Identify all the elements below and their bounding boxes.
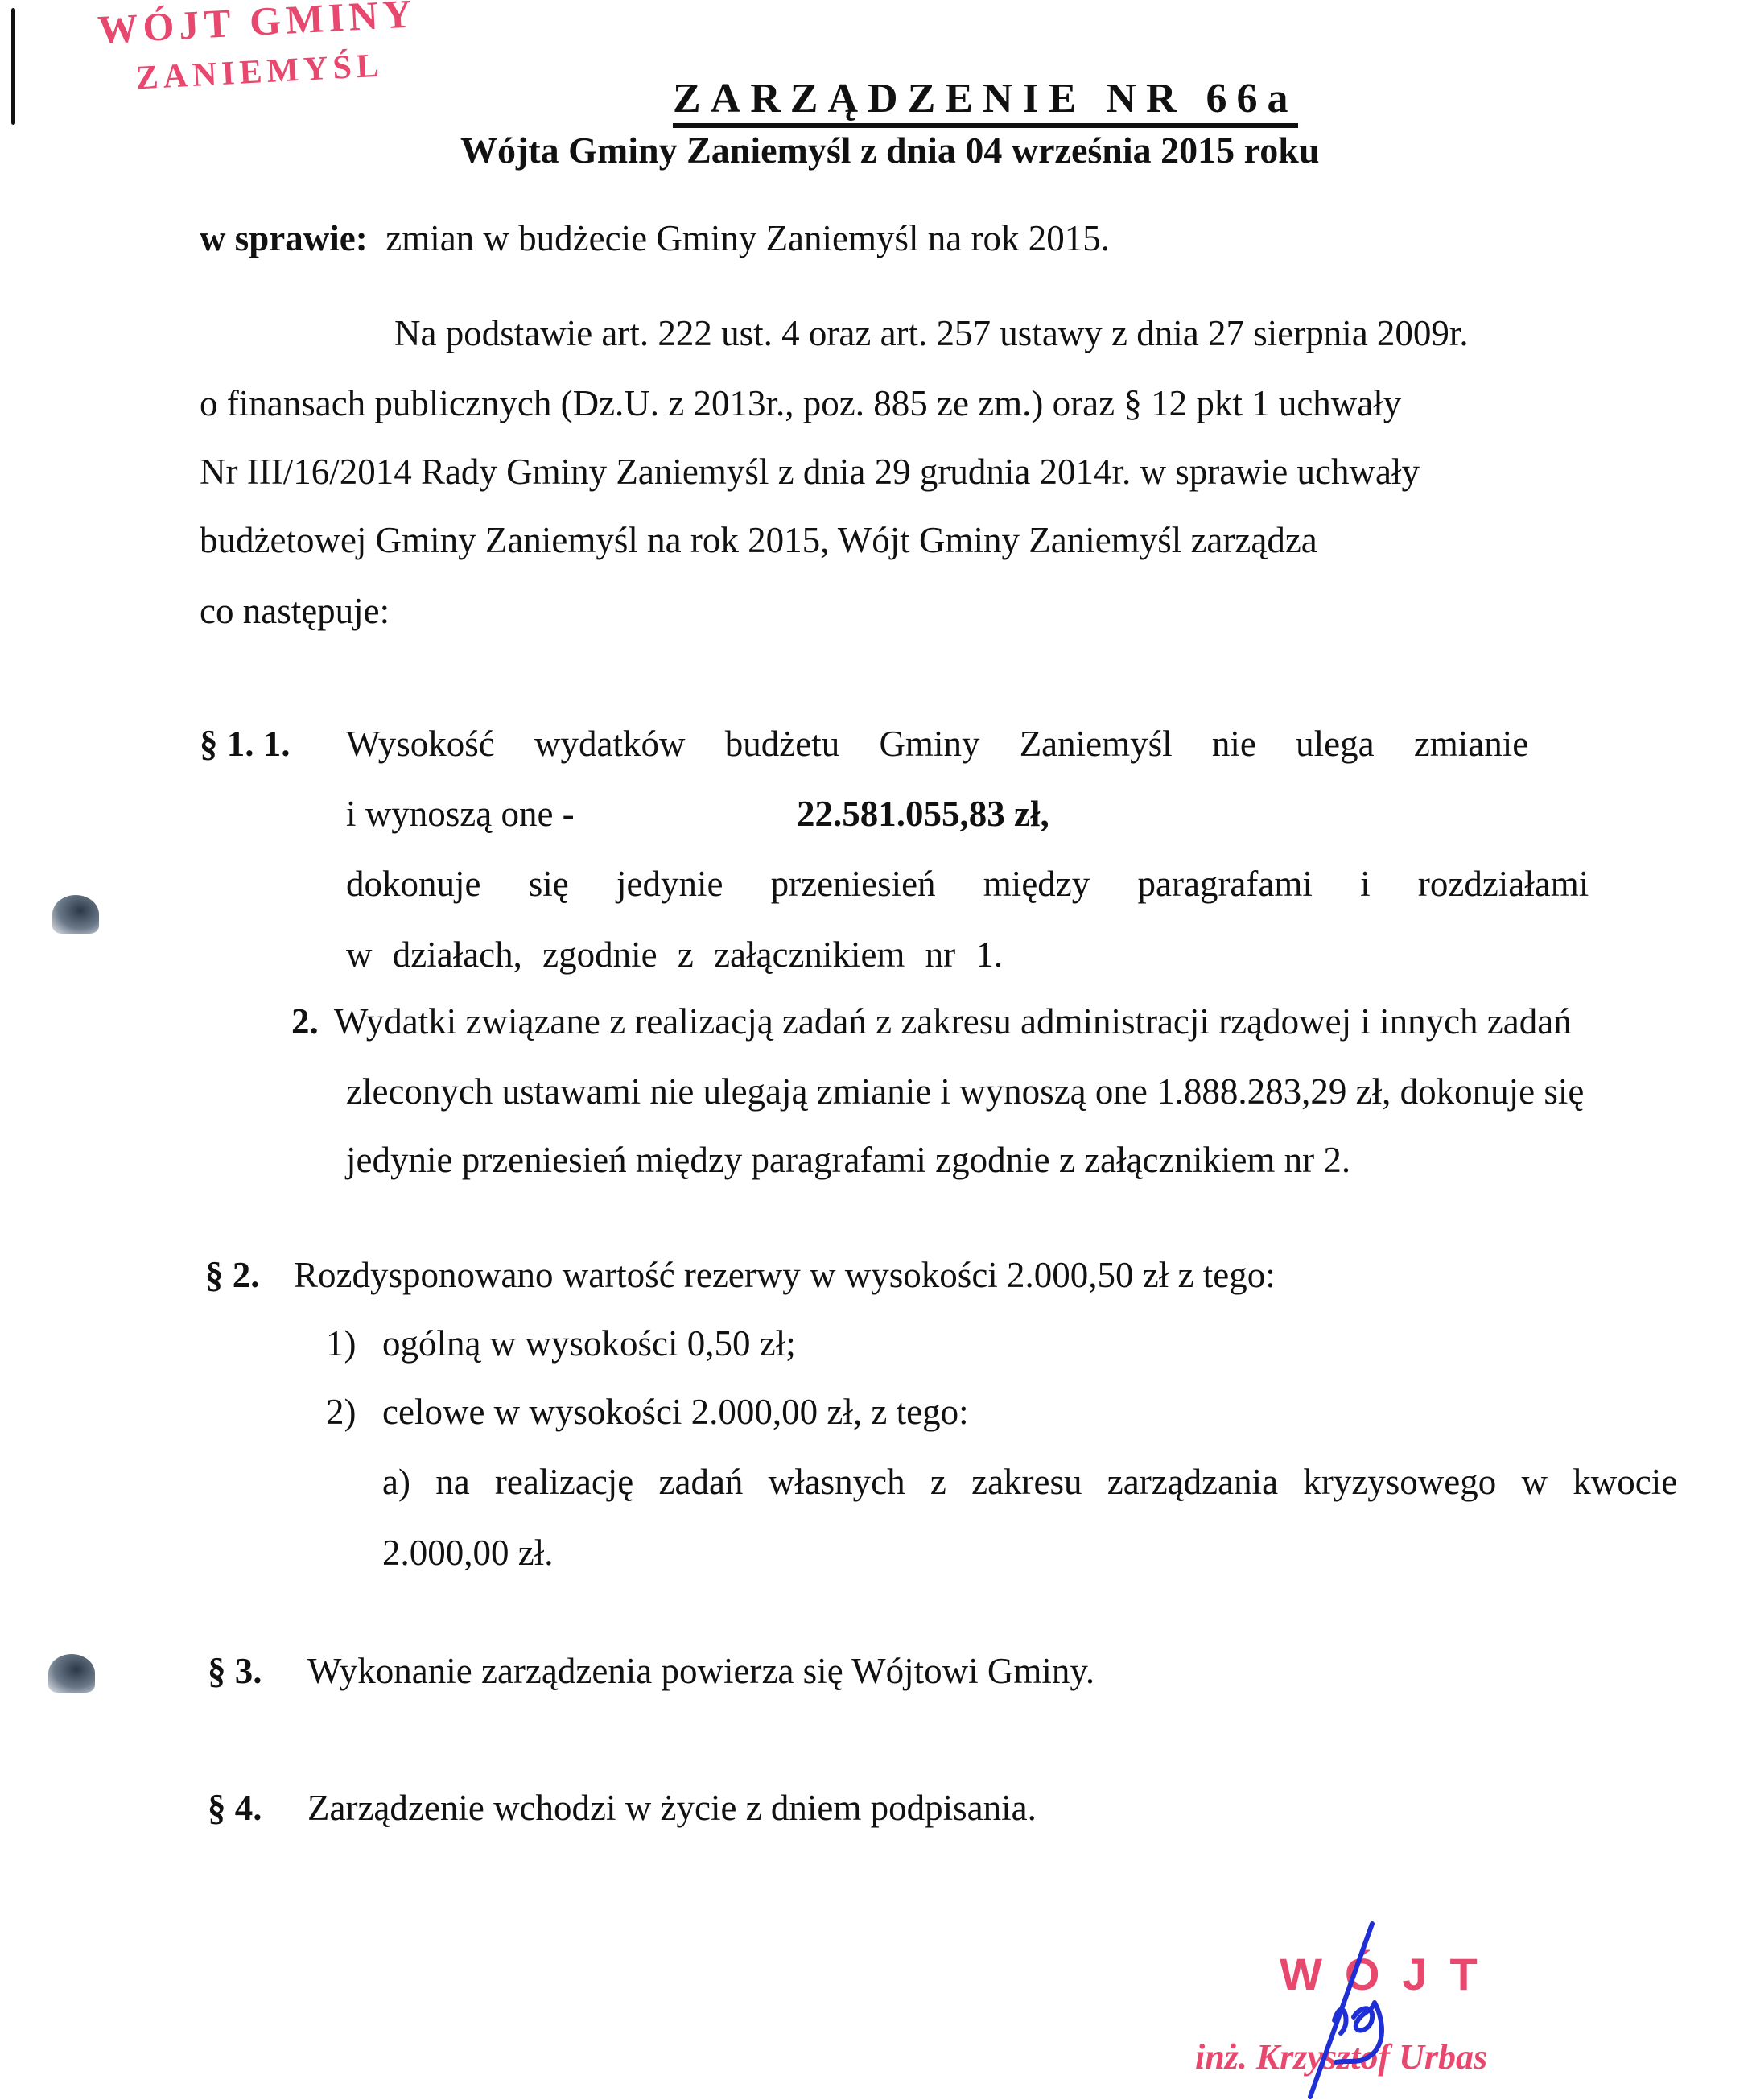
preamble-line-2: o finansach publicznych (Dz.U. z 2013r.,…: [200, 382, 1734, 424]
preamble-line-5: co następuje:: [200, 590, 390, 632]
section-2-subitem-line-1: a) na realizację zadań własnych z zakres…: [382, 1461, 1742, 1503]
section-1-line-3: dokonuje się jedynie przeniesień między …: [346, 863, 1734, 905]
section-2-item-2-text: celowe w wysokości 2.000,00 zł, z tego:: [382, 1391, 969, 1433]
scan-edge-mark: [11, 8, 15, 125]
section-2-text: Rozdysponowano wartość rezerwy w wysokoś…: [294, 1254, 1276, 1296]
section-4-marker: § 4.: [208, 1787, 262, 1829]
section-1-amount: 22.581.055,83 zł,: [797, 793, 1049, 835]
section-2-subitem-line-2: 2.000,00 zł.: [382, 1532, 553, 1574]
preamble-line-3: Nr III/16/2014 Rady Gminy Zaniemyśl z dn…: [200, 451, 1734, 493]
document-title: ZARZĄDZENIE NR 66a: [673, 76, 1298, 128]
punch-hole-icon: [48, 1654, 95, 1693]
punch-hole-icon: [52, 895, 99, 934]
preamble-line-4: budżetowej Gminy Zaniemyśl na rok 2015, …: [200, 519, 1734, 561]
subject-line: w sprawie: zmian w budżecie Gminy Zaniem…: [200, 217, 1110, 259]
section-2-marker: § 2.: [205, 1254, 260, 1296]
section-1-point-2-line-2: zleconych ustawami nie ulegają zmianie i…: [346, 1071, 1584, 1112]
section-3-text: Wykonanie zarządzenia powierza się Wójto…: [307, 1650, 1094, 1692]
handwritten-signature-icon: [1288, 1916, 1433, 2100]
section-3-marker: § 3.: [208, 1650, 262, 1692]
subject-text: zmian w budżecie Gminy Zaniemyśl na rok …: [385, 218, 1110, 258]
preamble-line-1: Na podstawie art. 222 ust. 4 oraz art. 2…: [394, 312, 1734, 354]
stamp-line-2: ZANIEMYŚL: [134, 44, 420, 97]
subject-label: w sprawie:: [200, 218, 368, 258]
section-1-point-2-line-1: Wydatki związane z realizacją zadań z za…: [334, 1000, 1572, 1042]
section-1-point-2-line-3: jedynie przeniesień między paragrafami z…: [346, 1139, 1350, 1181]
document-subtitle: Wójta Gminy Zaniemyśl z dnia 04 września…: [460, 129, 1319, 171]
section-1-line-2-prefix: i wynoszą one -: [346, 794, 575, 834]
section-1-line-1: Wysokość wydatków budżetu Gminy Zaniemyś…: [346, 723, 1734, 765]
section-1-line-2: i wynoszą one -: [346, 793, 575, 835]
section-2-item-1-marker: 1): [326, 1322, 357, 1364]
office-stamp-header: WÓJT GMINY ZANIEMYŚL: [97, 0, 420, 100]
section-4-text: Zarządzenie wchodzi w życie z dniem podp…: [307, 1787, 1037, 1829]
section-1-point-2-marker: 2.: [291, 1000, 319, 1042]
section-1-marker: § 1. 1.: [200, 723, 291, 765]
section-2-item-2-marker: 2): [326, 1391, 357, 1433]
section-2-item-1-text: ogólną w wysokości 0,50 zł;: [382, 1322, 796, 1364]
section-1-line-4: w działach, zgodnie z załącznikiem nr 1.: [346, 934, 1003, 976]
stamp-line-1: WÓJT GMINY: [97, 0, 418, 53]
